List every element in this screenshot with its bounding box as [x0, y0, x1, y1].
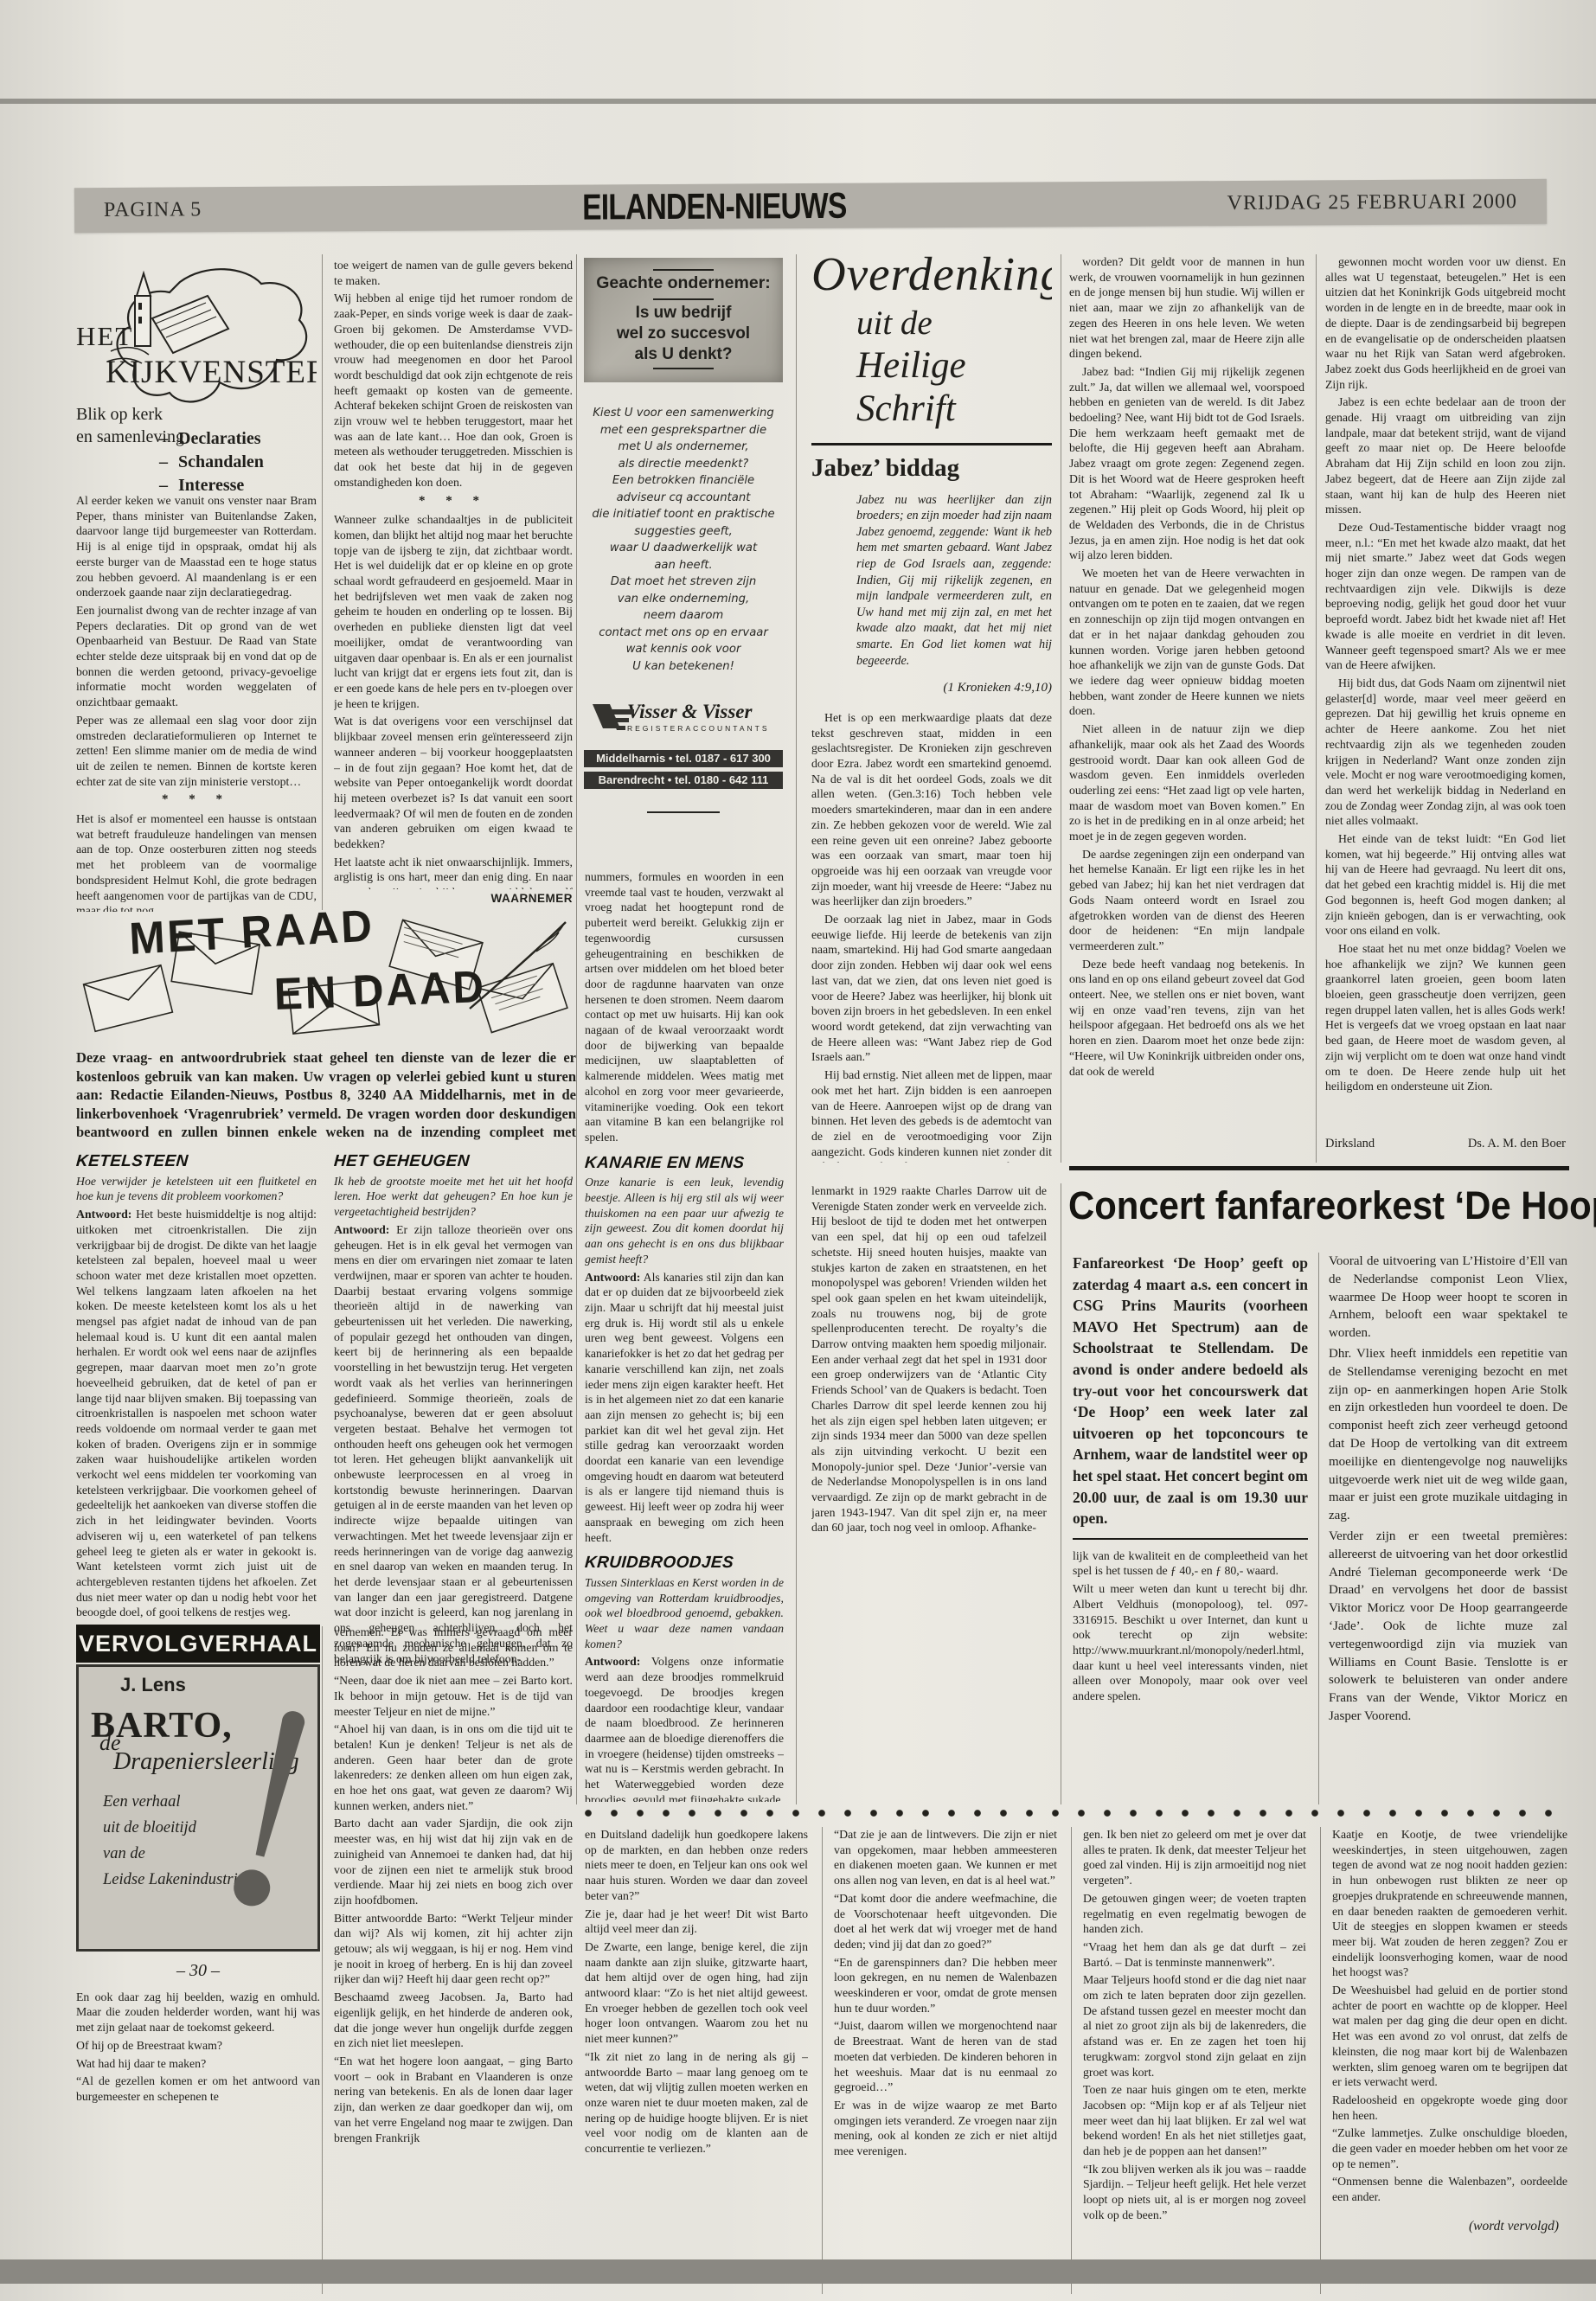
paragraph: gewonnen mocht worden voor uw dienst. En…	[1325, 254, 1566, 392]
paragraph: waar U daadwerkelijk wat	[584, 540, 783, 557]
paragraph: “En wat het hogere loon aangaat, – ging …	[334, 2054, 573, 2145]
kijkvenster-title: KIJKVENSTER	[106, 365, 317, 381]
paragraph: De Zwarte, een lange, benige kerel, die …	[585, 1939, 808, 2047]
paragraph: aan heeft.	[584, 557, 783, 574]
question-geheugen: Ik heb de grootste moeite met het uit he…	[334, 1174, 573, 1220]
paragraph: Maar Teljeurs hoofd stond er die dag nie…	[1083, 1972, 1306, 2080]
paragraph: “Onmensen benne die Walenbazen”, oordeel…	[1332, 2174, 1567, 2204]
kijkvenster-text-1: Al eerder keken we vanuit ons venster na…	[76, 493, 317, 912]
section-head-kanarie: KANARIE EN MENS	[585, 1156, 784, 1171]
paragraph: En ook daar zag hij beelden, wazig en om…	[76, 1990, 320, 2035]
paragraph: “Dat komt door die andere weefmachine, d…	[834, 1891, 1057, 1952]
question-kanarie: Onze kanarie is een leuk, levendig beest…	[585, 1175, 784, 1266]
column-rule	[576, 254, 577, 1804]
concert-rule	[1073, 1538, 1308, 1540]
raad-title-line-2: EN DAAD	[273, 961, 487, 1021]
kijkvenster-topics: –Declaraties –Schandalen –Interesse	[159, 427, 264, 497]
paragraph: Er was in de wijze waarop ze met Barto o…	[834, 2098, 1057, 2159]
serial-box-column: VERVOLGVERHAAL J. Lens BARTO, de Drapeni…	[76, 1625, 320, 2294]
page-bottom-shadow	[0, 2259, 1596, 2284]
paragraph: adviseur cq accountant	[584, 490, 783, 507]
serial-banner: VERVOLGVERHAAL	[76, 1625, 320, 1663]
overdenking-signature: Dirksland Ds. A. M. den Boer	[1325, 1125, 1566, 1150]
advert-question: Is uw bedrijfwel zo succesvolals U denkt…	[589, 303, 778, 365]
scripture-reference: (1 Kronieken 4:9,10)	[811, 681, 1052, 696]
paragraph: * * *	[76, 792, 317, 808]
raad-column-ketelsteen: KETELSTEEN Hoe verwijder je ketelsteen u…	[76, 1154, 317, 1619]
paragraph: Wat had hij daar te maken?	[76, 2056, 320, 2072]
overdenking-title: Overdenking	[811, 249, 1052, 299]
serial-column-2: vernemen. Er was immers gevraagd om meer…	[334, 1625, 573, 2294]
advert-logo: Visser & Visser REGISTERACCOUNTANTS	[584, 701, 783, 746]
advert-body: Kiest U voor een samenwerkingmet een ges…	[584, 405, 783, 675]
paragraph: Een betrokken financiële	[584, 472, 783, 490]
overdenking-column-3: gewonnen mocht worden voor uw dienst. En…	[1325, 254, 1566, 1126]
advert-header: Geachte ondernemer: Is uw bedrijfwel zo …	[584, 258, 783, 382]
paragraph: gen. Ik ben niet zo geleerd om met je ov…	[1083, 1827, 1306, 1888]
serial-column-5: gen. Ik ben niet zo geleerd om met je ov…	[1083, 1827, 1306, 2294]
paragraph: van elke onderneming,	[584, 591, 783, 608]
section-divider	[1069, 1166, 1569, 1170]
paragraph: Beschaamd zweeg Jacobsen. Ja, Barto had …	[334, 1990, 573, 2051]
signature-name: Ds. A. M. den Boer	[1468, 1137, 1566, 1150]
answer-kruidbroodjes: Antwoord: Volgens onze informatie werd a…	[585, 1654, 784, 1802]
paragraph: Het is alsof er momenteel een hausse is …	[76, 811, 317, 912]
section-head-ketelsteen: KETELSTEEN	[76, 1154, 317, 1170]
column-rule	[1061, 1183, 1061, 1804]
kijkvenster-het: HET	[76, 329, 133, 344]
advert-rule	[653, 298, 714, 300]
paragraph: Wanneer zulke schandaaltjes in de public…	[334, 512, 573, 711]
paragraph: De oorzaak lag niet in Jabez, maar in Go…	[811, 912, 1052, 1065]
paragraph: met een gesprekspartner die	[584, 422, 783, 439]
paragraph: en Duitsland dadelijk hun goedkopere lak…	[585, 1827, 808, 1904]
concert-lead-column: Fanfareorkest ‘De Hoop’ geeft op zaterda…	[1073, 1253, 1308, 1804]
paragraph: met U als ondernemer,	[584, 439, 783, 456]
column-rule	[1071, 1827, 1072, 2294]
serial-ending: (wordt vervolgd)	[1332, 2219, 1567, 2234]
paragraph: Dhr. Vliex heeft inmiddels een repetitie…	[1329, 1345, 1567, 1525]
paragraph: De Weeshuisbel had geluid en de portier …	[1332, 1983, 1567, 2090]
overdenking-rule	[811, 443, 1052, 445]
masthead-title: EILANDEN-NIEUWS	[582, 185, 847, 228]
paragraph: “Dat zie je aan de lintwevers. Die zijn …	[834, 1827, 1057, 1888]
section-head-kruidbroodjes: KRUIDBROODJES	[585, 1555, 784, 1571]
paragraph: Dat moet het streven zijn	[584, 574, 783, 591]
overdenking-title-2: uit de	[856, 304, 1052, 343]
advert-brand-sub: REGISTERACCOUNTANTS	[627, 724, 783, 733]
advert-contact-1: Middelharnis • tel. 0187 - 617 300	[584, 750, 783, 767]
paragraph: contact met ons op en ervaar	[584, 625, 783, 642]
paragraph: als U denkt?	[589, 344, 778, 365]
paragraph: “En de garenspinners dan? Die hebben mee…	[834, 1955, 1057, 2016]
paragraph: vernemen. Er was immers gevraagd om meer…	[334, 1625, 573, 1670]
overdenking-column-1: Overdenking uit de Heilige Schrift Jabez…	[811, 249, 1052, 1163]
paragraph: * * *	[334, 494, 573, 510]
column-rule	[1316, 254, 1317, 1163]
concert-lead: Fanfareorkest ‘De Hoop’ geeft op zaterda…	[1073, 1253, 1308, 1529]
paragraph: als directie meedenkt?	[584, 456, 783, 473]
question-kruidbroodjes: Tussen Sinterklaas en Kerst worden in de…	[585, 1575, 784, 1652]
kijkvenster-logo: HET KIJKVENSTER Blik op kerk en samenlev…	[76, 258, 317, 493]
paragraph: wel zo succesvol	[589, 324, 778, 344]
paragraph: toe weigert de namen van de gulle gevers…	[334, 258, 573, 288]
serial-author: J. Lens	[120, 1677, 305, 1693]
column-rule	[822, 1827, 823, 2294]
paragraph: Het einde van de tekst luidt: “En God li…	[1325, 831, 1566, 939]
serial-title-box: J. Lens BARTO, de Drapeniersleerling Een…	[76, 1664, 320, 1952]
paragraph: De aardse zegeningen zijn een onderpand …	[1069, 847, 1304, 954]
column-rule	[322, 1626, 323, 2294]
serial-chapter-number: – 30 –	[76, 1964, 320, 1979]
answer-geheugen: Antwoord: Er zijn talloze theorieën over…	[334, 1222, 573, 1666]
paragraph: “Neen, daar doe ik niet aan mee – zei Ba…	[334, 1673, 573, 1719]
serial-column-3: en Duitsland dadelijk hun goedkopere lak…	[585, 1827, 808, 2294]
question-ketelsteen: Hoe verwijder je ketelsteen uit een flui…	[76, 1174, 317, 1204]
paragraph: die initiatief toont en praktische	[584, 506, 783, 523]
paragraph: “Al de gezellen komen er om het antwoord…	[76, 2073, 320, 2104]
paragraph: Deze bede heeft vandaag nog betekenis. I…	[1069, 957, 1304, 1080]
paragraph: Verder zijn er een tweetal premières: al…	[1329, 1528, 1567, 1726]
paragraph: Radeloosheid en opgekropte woede ging do…	[1332, 2093, 1567, 2123]
paragraph: U kan betekenen!	[584, 658, 783, 676]
answer-kanarie: Antwoord: Als kanaries stil zijn dan kan…	[585, 1270, 784, 1546]
paragraph: Bitter antwoordde Barto: “Werkt Teljeur …	[334, 1911, 573, 1988]
overdenking-subhead: Jabez’ biddag	[811, 461, 1052, 477]
paragraph: worden? Dit geldt voor de mannen in hun …	[1069, 254, 1304, 362]
paragraph: Wat is dat overigens voor een verschijns…	[334, 714, 573, 851]
paragraph: Toen ze naar huis gingen om te eten, mer…	[1083, 2082, 1306, 2159]
concert-title: Concert fanfareorkest ‘De Hoop’	[1068, 1183, 1536, 1228]
page-number: PAGINA 5	[104, 198, 202, 222]
paragraph: Peper was ze allemaal een slag voor door…	[76, 713, 317, 790]
advert-salutation: Geachte ondernemer:	[589, 273, 778, 293]
answer-monopoly-continued: lenmarkt in 1929 raakte Charles Darrow u…	[811, 1183, 1047, 1535]
answer-monopoly-tail-2: Wilt u meer weten dan kunt u terecht bij…	[1073, 1581, 1308, 1704]
column-rule	[322, 254, 323, 910]
serial-column-6: Kaatje en Kootje, de twee vriendelijke w…	[1332, 1827, 1567, 2294]
raad-column-3: nummers, formules en woorden in een vree…	[585, 869, 784, 1802]
advert-visser: Geachte ondernemer: Is uw bedrijfwel zo …	[584, 258, 783, 777]
overdenking-column-2: worden? Dit geldt voor de mannen in hun …	[1069, 254, 1304, 1163]
advert-rule	[653, 368, 714, 369]
paragraph: wat kennis ook voor	[584, 641, 783, 658]
paragraph: neem daarom	[584, 607, 783, 625]
column-rule	[1320, 1827, 1321, 2294]
column-rule	[796, 254, 797, 1804]
concert-column-2: Vooral de uitvoering van L’Histoire d’El…	[1329, 1253, 1567, 1804]
paragraph: Is uw bedrijf	[589, 303, 778, 324]
paragraph: Deze Oud-Testamentische bidder vraagt no…	[1325, 520, 1566, 673]
paragraph: “Ik zou blijven werken als ik jou was – …	[1083, 2162, 1306, 2223]
section-head-geheugen: HET GEHEUGEN	[334, 1154, 573, 1170]
paragraph: Al eerder keken we vanuit ons venster na…	[76, 493, 317, 600]
paragraph: Zie je, daar had je het weer! Dit wist B…	[585, 1907, 808, 1937]
advert-contact-2: Barendrecht • tel. 0180 - 642 111	[584, 772, 783, 789]
column-rule	[1318, 1253, 1319, 1804]
paragraph: Jabez bad: “Indien Gij mij rijkelijk zeg…	[1069, 364, 1304, 563]
paragraph: Barto dacht aan vader Sjardijn, die ook …	[334, 1816, 573, 1907]
page-torn-edge	[0, 99, 1596, 104]
paragraph: “Vraag het hem dan als ge dat durft – ze…	[1083, 1939, 1306, 1970]
signature-place: Dirksland	[1325, 1137, 1375, 1150]
paragraph: suggesties geeft,	[584, 523, 783, 541]
paragraph: “Ik zit niet zo lang in de nering als gi…	[585, 2049, 808, 2157]
column-rule	[1061, 254, 1061, 1163]
answer-ketelsteen: Antwoord: Het beste huismiddeltje is nog…	[76, 1207, 317, 1619]
page-header-band: PAGINA 5 EILANDEN-NIEUWS VRIJDAG 25 FEBR…	[74, 179, 1547, 233]
paragraph: Het is op een merkwaardige plaats dat de…	[811, 710, 1052, 909]
scripture-quote: Jabez nu was heerlijker dan zijn broeder…	[856, 492, 1052, 670]
serial-text-1: En ook daar zag hij beelden, wazig en om…	[76, 1990, 320, 2105]
paragraph: Of hij op de Breestraat kwam?	[76, 2038, 320, 2054]
paragraph: De getouwen gingen weer; de voeten trapt…	[1083, 1891, 1306, 1937]
dateline: VRIJDAG 25 FEBRUARI 2000	[1227, 190, 1518, 215]
paragraph: Niet alleen in de natuur zijn we diep af…	[1069, 721, 1304, 844]
advert-end-rule	[647, 811, 720, 813]
paragraph: Vooral de uitvoering van L’Histoire d’El…	[1329, 1253, 1567, 1343]
paragraph: Hij bidt dus, dat Gods Naam om zijnentwi…	[1325, 676, 1566, 829]
kijkvenster-column-1: HET KIJKVENSTER Blik op kerk en samenlev…	[76, 258, 317, 912]
raad-intro: Deze vraag- en antwoordrubriek staat geh…	[76, 1048, 576, 1145]
paragraph: Jabez is een echte bedelaar aan de troon…	[1325, 394, 1566, 517]
raad-en-daad-illustration: MET RAAD EN DAAD	[76, 913, 571, 1043]
advert-rule	[653, 269, 714, 271]
paragraph: “Zulke lammetjes. Zulke onschuldige bloe…	[1332, 2125, 1567, 2171]
paragraph: Wij hebben al enige tijd het rumoer rond…	[334, 291, 573, 490]
kijkvenster-column-2: toe weigert de namen van de gulle gevers…	[334, 258, 573, 889]
paragraph: Kiest U voor een samenwerking	[584, 405, 783, 422]
paragraph: We moeten het van de Heere verwachten in…	[1069, 566, 1304, 719]
overdenking-title-3: Heilige Schrift	[856, 344, 1052, 431]
paragraph: Hoe staat het nu met onze biddag? Voelen…	[1325, 941, 1566, 1094]
visser-logo-icon	[591, 702, 638, 740]
monopoly-continuation: lenmarkt in 1929 raakte Charles Darrow u…	[811, 1183, 1047, 1600]
answer-geheugen-continued: nummers, formules en woorden in een vree…	[585, 869, 784, 1145]
serial-column-4: “Dat zie je aan de lintwevers. Die zijn …	[834, 1827, 1057, 2294]
paragraph: Hij bad ernstig. Niet alleen met de lipp…	[811, 1067, 1052, 1163]
paragraph: Kaatje en Kootje, de twee vriendelijke w…	[1332, 1827, 1567, 1980]
dotted-divider	[584, 1808, 1570, 1818]
newspaper-page: PAGINA 5 EILANDEN-NIEUWS VRIJDAG 25 FEBR…	[0, 0, 1596, 2301]
paragraph: Een journalist dwong van de rechter inza…	[76, 603, 317, 710]
advert-brand: Visser & Visser	[627, 701, 783, 723]
paragraph: “Ahoel hij van daan, is in ons om die ti…	[334, 1721, 573, 1813]
overdenking-text-1: Het is op een merkwaardige plaats dat de…	[811, 710, 1052, 1163]
paragraph: Het laatste acht ik niet onwaarschijnlij…	[334, 855, 573, 889]
paragraph: “Juist, daarom willen we morgenochtend n…	[834, 2018, 1057, 2095]
answer-monopoly-tail-1: lijk van de kwaliteit en de compleetheid…	[1073, 1548, 1308, 1579]
